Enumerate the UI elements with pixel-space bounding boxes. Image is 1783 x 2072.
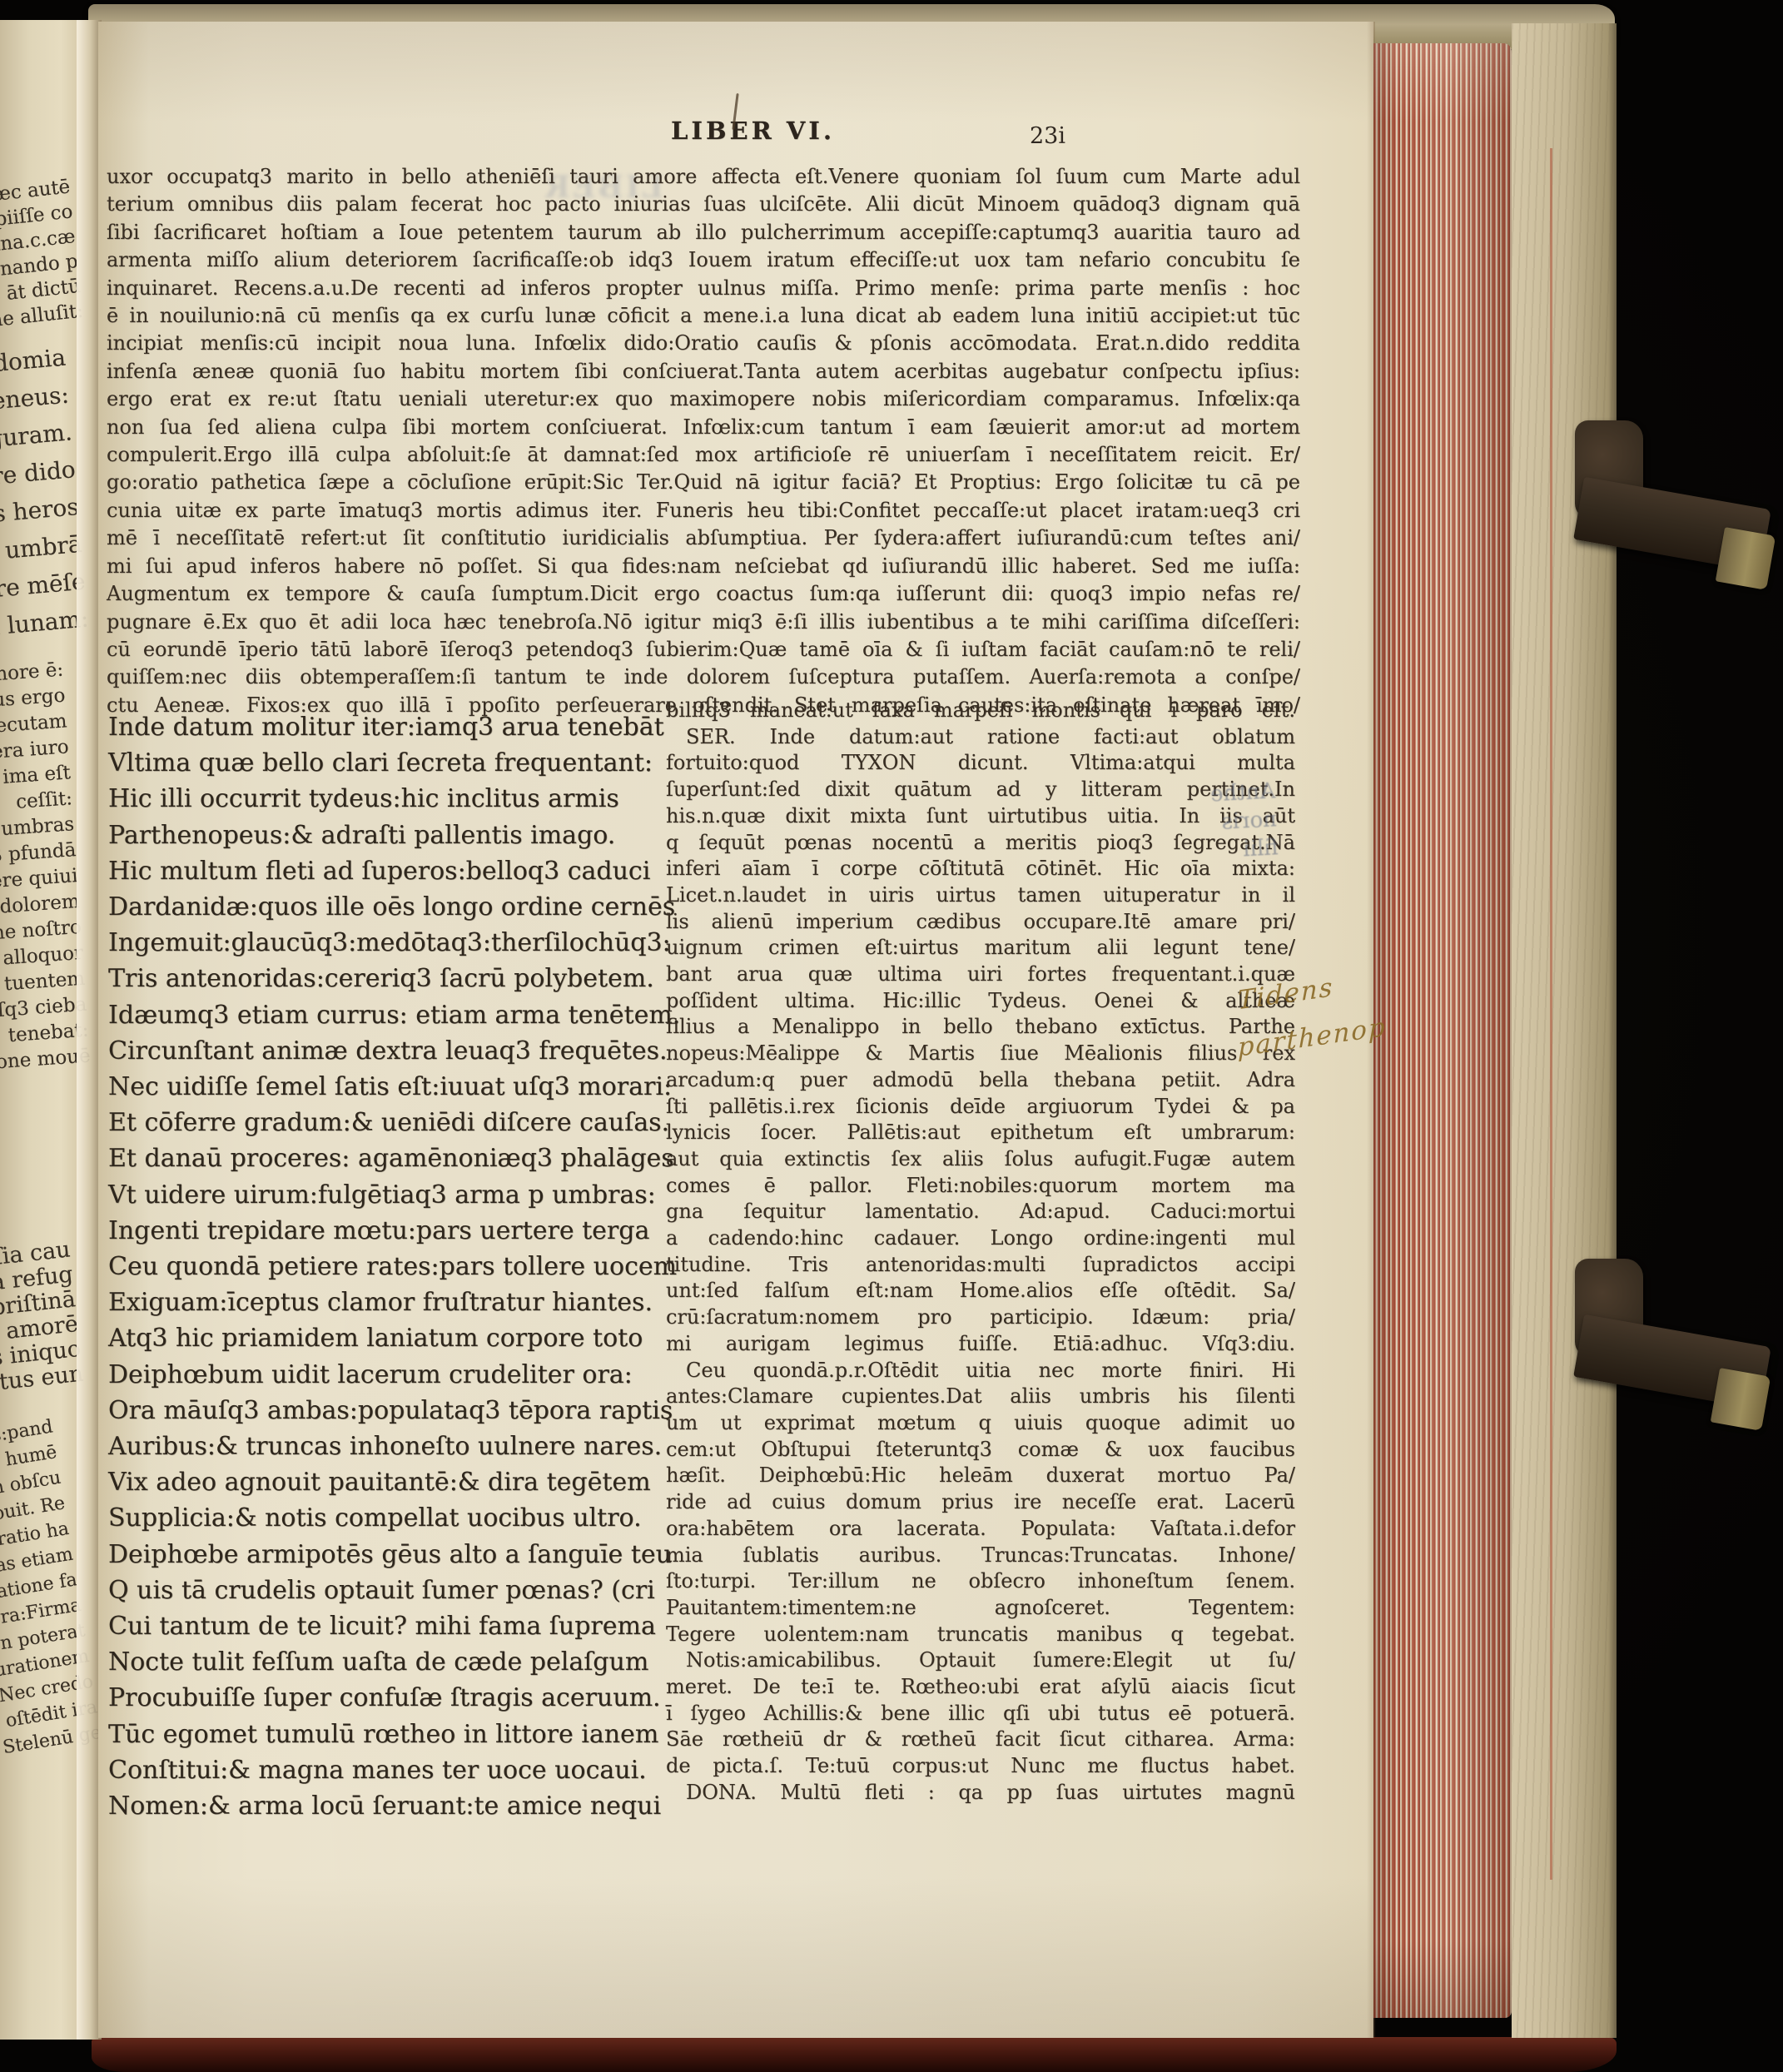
verse-line: Q uis tā crudelis optauit ſumer pœnas? (… (108, 1573, 676, 1608)
verse-line: Et cōferre gradum:& ueniēdi diſcere cauſ… (108, 1105, 676, 1140)
commentary-line: ſto:turpi. Ter:illum ne obſecro inhoneſt… (666, 1568, 1295, 1595)
commentary-line: fortuito:quod ΤΥΧΟΝ dicunt. Vltima:atqui… (666, 750, 1295, 777)
verse-line: Supplicia:& notis compellat uocibus ultr… (108, 1500, 676, 1536)
verse-line: Nomen:& arma locū ſeruant:te amice nequi (108, 1788, 676, 1824)
verse-line: Cui tantum de te licuit? mihi fama ſupre… (108, 1608, 676, 1644)
book-photo-scene: en:Hæc autēoiāo piiſſe cofœmina.c.cæpugn… (0, 0, 1783, 2072)
commentary-line: cem:ut Obſtupui ſteteruntq3 comæ & uox f… (666, 1437, 1295, 1463)
commentary-line: nopeus:Mēalippe & Martis ſiue Mēalionis … (666, 1041, 1295, 1067)
commentary-line: uignum crimen eſt:uirtus maritum alii le… (666, 935, 1295, 961)
left-page-fragments-top: en:Hæc autēoiāo piiſſe cofœmina.c.cæpugn… (0, 174, 84, 338)
verse-line: Vltima quæ bello clari ſecreta frequenta… (108, 745, 676, 781)
verse-line: Dardanidæ:quos ille oēs longo ordine cer… (108, 889, 676, 925)
commentary-line: ergo erat ex re:ut ſtatu ueniali uteretu… (107, 385, 1300, 413)
commentary-line: cū eorundē īperio tātū laborē īſeroq3 pe… (107, 636, 1300, 663)
verse-line: Ora māuſq3 ambas:populataq3 tēpora rapti… (108, 1393, 676, 1429)
commentary-line: unt:ſed falſum eſt:nam Home.alios eſſe o… (666, 1278, 1295, 1304)
commentary-line: Ceu quondā.p.r.Oſtēdit uitia nec morte f… (666, 1358, 1295, 1384)
clasp-brass-fitting (1716, 527, 1776, 590)
commentary-line: quiſſem:nec diis obtemperaſſem:ſi tantum… (107, 663, 1300, 691)
verse-line: Nocte tulit feſſum uaſta de cæde pelaſgu… (108, 1644, 676, 1680)
commentary-line: ora:habētem ora lacerata. Populata: Vaſt… (666, 1516, 1295, 1543)
commentary-line: biliſq3 maneat:ut ſaxa marpeſi montis qu… (666, 698, 1295, 724)
verse-line: Vix adeo agnouit pauitantē:& dira tegēte… (108, 1464, 676, 1500)
verse-line: Procubuiſſe ſuper confuſæ ſtragis aceruu… (108, 1680, 676, 1716)
commentary-line: Tegere uolentem:nam truncatis manibus q … (666, 1622, 1295, 1648)
commentary-line: armenta miſſo alium deteriorem ſacrifica… (107, 246, 1300, 274)
commentary-line: lynicis ſocer. Pallētis:aut epithetum eſ… (666, 1120, 1295, 1146)
verse-line: Conſtitui:& magna manes ter uoce uocaui. (108, 1752, 676, 1788)
offset-note-line: filii (1191, 833, 1279, 866)
fore-edge-red-stained (1373, 43, 1512, 2018)
commentary-line: ī ſygeo Achillis:& bene illic qſi ubi tu… (666, 1701, 1295, 1727)
commentary-line: ride ad cuius domum prius ire neceſſe er… (666, 1489, 1295, 1516)
commentary-line: de picta.ſ. Te:tuū corpus:ut Nunc me flu… (666, 1753, 1295, 1780)
verse-line: Et danaū proceres: agamēnoniæq3 phalāges (108, 1140, 676, 1176)
commentary-line: lis alienū imperium cædibus occupare.Itē… (666, 909, 1295, 936)
verse-line: Inde datum molitur iter:iamq3 arua teneb… (108, 709, 676, 745)
commentary-line: Notis:amicabilibus. Optauit ſumere:Elegi… (666, 1647, 1295, 1674)
verse-line: Circunſtant animæ dextra leuaq3 frequēte… (108, 1033, 676, 1069)
commentary-line: poſſident ultima. Hic:illic Tydeus. Oene… (666, 988, 1295, 1015)
book-bottom-edge (92, 2037, 1617, 2072)
commentary-line: terium omnibus diis palam fecerat hoc pa… (107, 191, 1300, 218)
commentary-line: ſibi ſacrificaret hoſtiam a Ioue petente… (107, 219, 1300, 246)
commentary-line: antes:Clamare cupientes.Dat aliis umbris… (666, 1384, 1295, 1410)
verse-line: Vt uidere uirum:fulgētiaq3 arma p umbras… (108, 1177, 676, 1213)
commentary-line: aut quia extinctis ſex aliis ſolus aufug… (666, 1146, 1295, 1173)
verse-line: Idæumq3 etiam currus: etiam arma tenētem… (108, 997, 676, 1033)
commentary-line: ē in nouilunio:nā cū menſis qa ex curſu … (107, 302, 1300, 330)
verse-line: Ingemuit:glaucūq3:medōtaq3:therſilochūq3… (108, 925, 676, 961)
commentary-line: titudine. Tris antenoridas:multi ſupradi… (666, 1252, 1295, 1279)
commentary-line: hæſit. Deiphœbū:Hic heleām duxerat mortu… (666, 1463, 1295, 1489)
commentary-line: bant arua quæ ultima uiri fortes frequen… (666, 961, 1295, 988)
verse-line: Ceu quondā petiere rates:pars tollere uo… (108, 1249, 676, 1284)
vellum-cover-edge (1512, 23, 1617, 2038)
commentary-line: go:oratio pathetica ſæpe a cōcluſione er… (107, 469, 1300, 496)
commentary-line: Licet.n.laudet in uiris uirtus tamen uit… (666, 882, 1295, 909)
left-fragment-line: ceſſit: (15, 786, 73, 816)
top-commentary-block: uxor occupatq3 marito in bello atheniēſi… (107, 163, 1300, 719)
commentary-line: infenſa æneæ quoniā ſuo habitu mortem ſi… (107, 358, 1300, 385)
commentary-line: gna ſequitur lamentatio. Ad:apud. Caduci… (666, 1199, 1295, 1225)
commentary-line: Pauitantem:timentem:ne agnoſceret. Tegen… (666, 1595, 1295, 1622)
verse-line: Ingenti trepidare mœtu:pars uertere terg… (108, 1213, 676, 1249)
verse-line: Nec uidiſſe ſemel ſatis eſt:iuuat uſq3 m… (108, 1069, 676, 1105)
commentary-line: comes ē pallor. Fleti:nobiles:quorum mor… (666, 1173, 1295, 1200)
commentary-line: compulerit.Ergo illā culpa abſoluit:ſe ā… (107, 441, 1300, 469)
commentary-line: arcadum:q puer admodū bella thebana peti… (666, 1067, 1295, 1094)
verse-column: Inde datum molitur iter:iamq3 arua teneb… (108, 709, 676, 1824)
commentary-line: a cadendo:hinc cadauer. Longo ordine:ing… (666, 1225, 1295, 1252)
commentary-line: crū:ſacratum:nomem pro participio. Idæum… (666, 1304, 1295, 1331)
commentary-line: Sāe rœtheiū dr & rœtheū facit ſicut cith… (666, 1727, 1295, 1753)
commentary-line: mi ſui apud inferos habere nō poſſet. Si… (107, 553, 1300, 580)
verse-line: Deiphœbe armipotēs gēus alto a ſanguīe t… (108, 1537, 676, 1573)
commentary-line: DONA. Multū fleti : qa pp ſuas uirtutes … (666, 1780, 1295, 1806)
commentary-line: um ut exprimat mœtum q uiuis quoque adim… (666, 1410, 1295, 1437)
verse-line: Exiguam:īceptus clamor fruſtratur hiante… (108, 1284, 676, 1320)
verse-line: Tris antenoridas:cereriq3 ſacrū polybete… (108, 961, 676, 996)
left-fragment-line: miſeratus eun (0, 1362, 84, 1404)
offset-note-line: Anthe (1188, 777, 1276, 809)
verse-line: Atq3 hic priamidem laniatum corpore toto (108, 1320, 676, 1356)
left-fragment-line: domia (0, 339, 67, 382)
commentary-line: pugnare ē.Ex quo ēt adii loca hæc tenebr… (107, 609, 1300, 636)
left-page-fragments-verse-lower: t marpeſia cauinimica refugnx ubi priſti… (0, 1237, 84, 1404)
commentary-line: ſti pallētis.i.rex ſicionis deīde argiuo… (666, 1094, 1295, 1120)
verse-line: Hic illi occurrit tydeus:hic inclitus ar… (108, 781, 676, 817)
offset-note-line: noris (1189, 805, 1278, 837)
commentary-line: SER. Inde datum:aut ratione facti:aut ob… (666, 724, 1295, 751)
commentary-line: mi aurigam legimus fuiſſe. Etiā:adhuc. V… (666, 1331, 1295, 1358)
commentary-line: incipiat menſis:cū incipit noua luna. In… (107, 330, 1300, 357)
page-number: 23i (1030, 123, 1065, 149)
clasp-brass-fitting (1711, 1368, 1771, 1431)
commentary-line: mia ſublatis auribus. Truncas:Truncatas.… (666, 1543, 1295, 1569)
verse-line: Parthenopeus:& adraſti pallentis imago. (108, 817, 676, 853)
commentary-line: cunia uitæ ex parte īmatuq3 mortis adimu… (107, 497, 1300, 524)
commentary-line: uxor occupatq3 marito in bello atheniēſi… (107, 163, 1300, 191)
verse-line: Deiphœbum uidit lacerum crudeliter ora: (108, 1357, 676, 1393)
commentary-line: filius a Menalippo in bello thebano extī… (666, 1014, 1295, 1041)
ink-offset-note: Anthenorisfilii (1188, 777, 1279, 866)
verse-line: Tūc egomet tumulū rœtheo in littore iane… (108, 1717, 676, 1752)
verse-line: Hic multum fleti ad ſuperos:belloq3 cadu… (108, 853, 676, 889)
commentary-line: mē ī neceſſitatē refert:ut ſit conſtitut… (107, 524, 1300, 552)
verse-line: Auribus:& truncas inhoneſto uulnere nare… (108, 1429, 676, 1464)
commentary-line: non ſua ſed aliena culpa ſibi mortem con… (107, 414, 1300, 441)
commentary-line: meret. De te:ī te. Rœtheo:ubi erat aſylū… (666, 1674, 1295, 1701)
commentary-line: inquinaret. Recens.a.u.De recenti ad inf… (107, 275, 1300, 302)
commentary-line: Augmentum ex tempore & cauſa ſumptum.Dic… (107, 580, 1300, 608)
page-title: LIBER VI. (671, 117, 835, 145)
